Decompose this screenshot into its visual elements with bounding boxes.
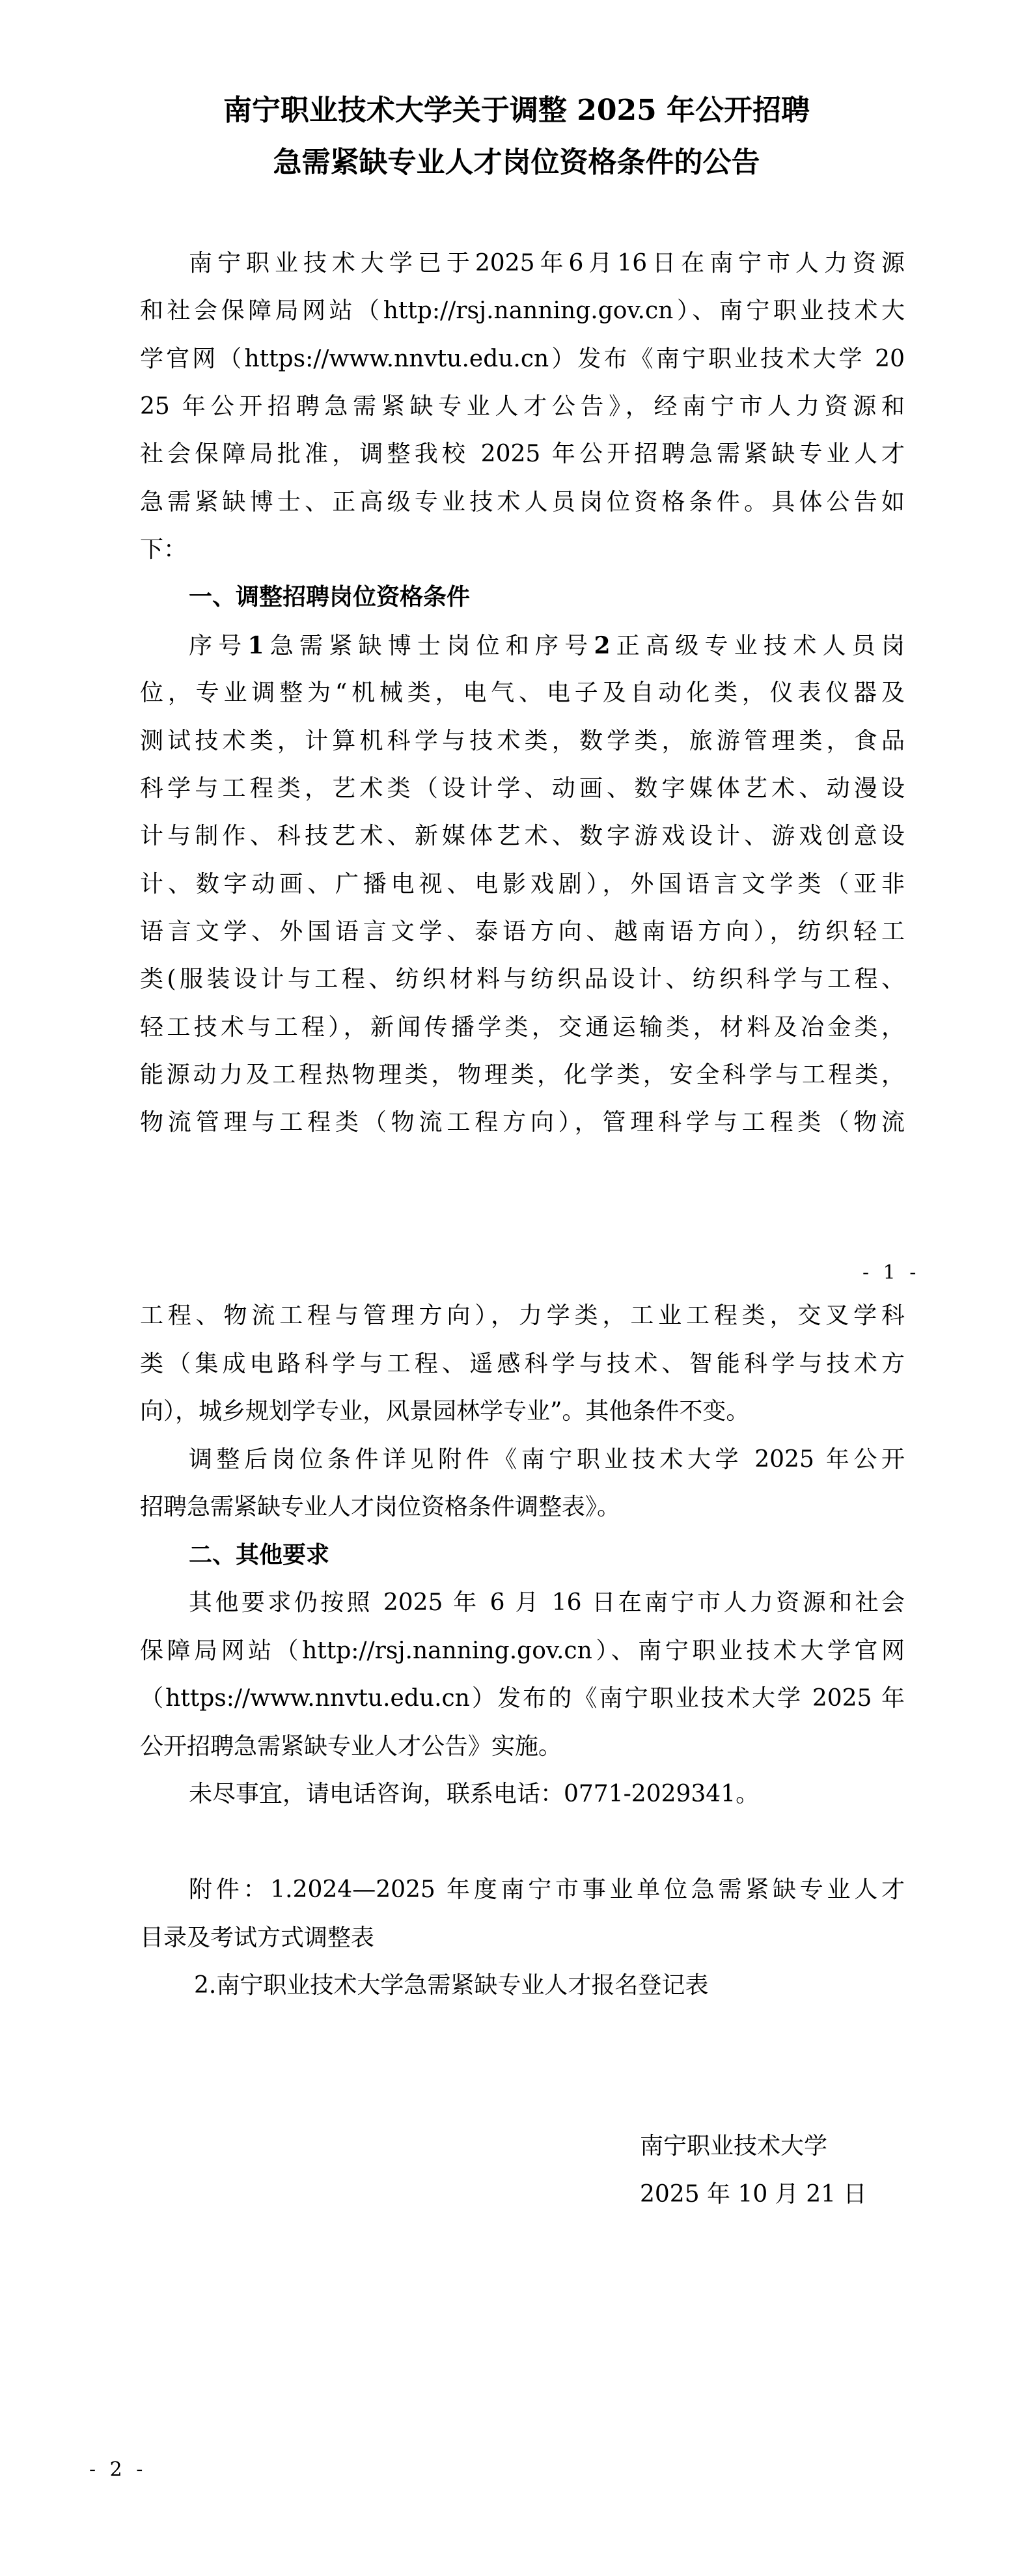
section-1-line: 测试技术类，计算机科学与技术类，数学类，旅游管理类，食品 — [140, 727, 905, 756]
section-1-line: 类（集成电路科学与工程、遥感科学与技术、智能科学与技术方 — [140, 1350, 905, 1378]
page-number-2: - 2 - — [89, 2458, 146, 2482]
intro-line: 急需紧缺博士、正高级专业技术人员岗位资格条件。具体公告如 — [140, 488, 905, 517]
post-number-1: 1 — [248, 632, 264, 659]
text-fragment: 序号 — [189, 633, 248, 659]
document-title-line-2: 急需紧缺专业人才岗位资格条件的公告 — [0, 137, 1033, 189]
section-1-line: 物流管理与工程类（物流工程方向），管理科学与工程类（物流 — [140, 1108, 905, 1137]
signature-date: 2025 年 10 月 21 日 — [640, 2180, 866, 2209]
post-number-2: 2 — [594, 632, 610, 659]
section-1-line: 计、数字动画、广播电视、电影戏剧），外国语言文学类（亚非 — [140, 870, 905, 899]
section-1-heading: 一、调整招聘岗位资格条件 — [189, 583, 470, 612]
section-1-line: 轻工技术与工程），新闻传播学类，交通运输类，材料及冶金类， — [140, 1013, 905, 1042]
intro-line: 社会保障局批准，调整我校 2025 年公开招聘急需紧缺专业人才 — [140, 440, 905, 469]
section-2-line: 公开招聘急需紧缺专业人才公告》实施。 — [140, 1733, 905, 1761]
section-1-para2-line: 招聘急需紧缺专业人才岗位资格条件调整表》。 — [140, 1493, 905, 1522]
intro-line: 下： — [140, 536, 905, 564]
section-1-para2-line: 调整后岗位条件详见附件《南宁职业技术大学 2025 年公开 — [189, 1446, 905, 1474]
intro-line: 学官网（https://www.nnvtu.edu.cn）发布《南宁职业技术大学… — [140, 345, 905, 374]
document-title-line-1: 南宁职业技术大学关于调整 2025 年公开招聘 — [0, 85, 1033, 137]
attachment-line-1: 附件：1.2024—2025 年度南宁市事业单位急需紧缺专业人才 — [189, 1876, 905, 1904]
section-1-line: 类(服装设计与工程、纺织材料与纺织品设计、纺织科学与工程、 — [140, 965, 905, 994]
section-2-line: 保障局网站（http://rsj.nanning.gov.cn）、南宁职业技术大… — [140, 1637, 905, 1665]
text-fragment: 急需紧缺博士岗位和序号 — [264, 633, 594, 659]
section-1-line: 计与制作、科技艺术、新媒体艺术、数字游戏设计、游戏创意设 — [140, 822, 905, 851]
page-number-1: - 1 - — [862, 1261, 920, 1285]
section-1-line: 语言文学、外国语言文学、泰语方向、越南语方向），纺织轻工 — [140, 918, 905, 946]
section-1-line: 位，专业调整为“机械类，电气、电子及自动化类，仪表仪器及 — [140, 679, 905, 707]
section-1-line: 向），城乡规划学专业，风景园林学专业”。其他条件不变。 — [140, 1397, 905, 1426]
section-1-line: 科学与工程类，艺术类（设计学、动画、数字媒体艺术、动漫设 — [140, 774, 905, 803]
section-1-line-first: 序号1急需紧缺博士岗位和序号2正高级专业技术人员岗 — [189, 631, 905, 660]
intro-line: 25 年公开招聘急需紧缺专业人才公告》，经南宁市人力资源和 — [140, 392, 905, 421]
section-1-line: 能源动力及工程热物理类，物理类，化学类，安全科学与工程类， — [140, 1061, 905, 1089]
intro-line: 南宁职业技术大学已于2025年6月16日在南宁市人力资源 — [189, 249, 905, 278]
contact-line: 未尽事宜，请电话咨询，联系电话：0771-2029341。 — [189, 1780, 905, 1809]
text-fragment: 正高级专业技术人员岗 — [611, 633, 905, 659]
signature-organization: 南宁职业技术大学 — [640, 2132, 827, 2161]
section-2-line: （https://www.nnvtu.edu.cn）发布的《南宁职业技术大学 2… — [140, 1684, 905, 1713]
section-2-line: 其他要求仍按照 2025 年 6 月 16 日在南宁市人力资源和社会 — [189, 1589, 905, 1617]
section-2-heading: 二、其他要求 — [189, 1541, 329, 1570]
attachment-line-2: 目录及考试方式调整表 — [140, 1924, 905, 1953]
attachment-line-3: 2.南宁职业技术大学急需紧缺专业人才报名登记表 — [194, 1971, 708, 2000]
intro-line: 和社会保障局网站（http://rsj.nanning.gov.cn）、南宁职业… — [140, 297, 905, 325]
section-1-line: 工程、物流工程与管理方向），力学类，工业工程类，交叉学科 — [140, 1302, 905, 1330]
